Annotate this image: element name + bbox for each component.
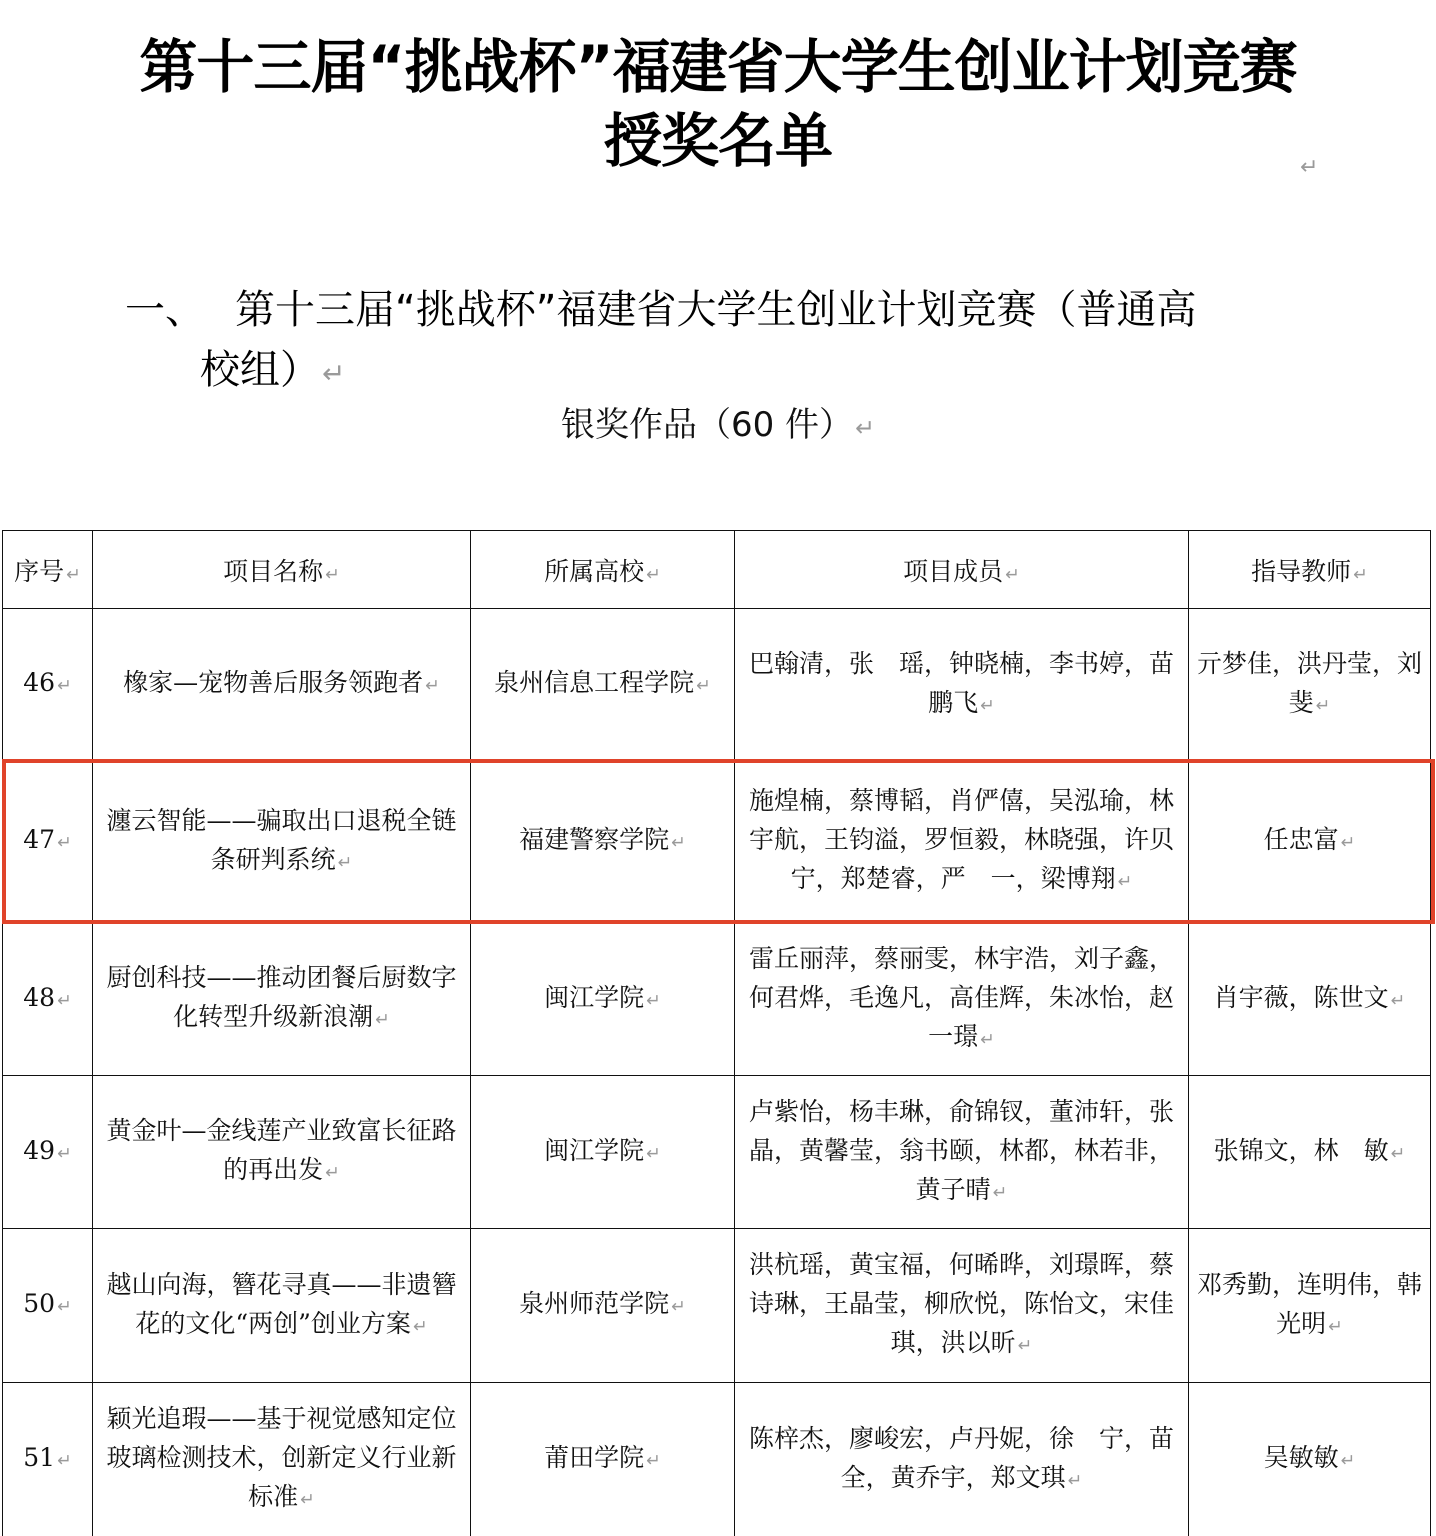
header-advisor: 指导教师↵ <box>1189 531 1431 609</box>
paragraph-mark-icon: ↵ <box>57 1144 72 1164</box>
cell-no: 46↵ <box>3 609 93 761</box>
paragraph-mark-icon: ↵ <box>1391 991 1406 1011</box>
cell-members: 雷丘丽萍，蔡丽雯，林宇浩，刘子鑫，何君烨，毛逸凡，高佳辉，朱冰怡，赵一璟↵ <box>735 923 1189 1076</box>
paragraph-mark-icon: ↵ <box>57 676 72 696</box>
paragraph-mark-icon: ↵ <box>1391 1144 1406 1164</box>
paragraph-mark-icon: ↵ <box>980 1030 995 1050</box>
cell-no: 47↵ <box>3 761 93 923</box>
paragraph-mark-icon: ↵ <box>993 1183 1008 1203</box>
paragraph-mark-icon: ↵ <box>980 696 995 716</box>
paragraph-mark-icon: ↵ <box>671 833 686 853</box>
cell-members: 陈梓杰，廖峻宏，卢丹妮，徐 宁，苗 全，黄乔宇，郑文琪↵ <box>735 1383 1189 1536</box>
cell-advisor: 任忠富↵ <box>1189 761 1431 923</box>
paragraph-mark-icon: ↵ <box>1353 565 1368 585</box>
paragraph-mark-icon: ↵ <box>413 1317 428 1337</box>
table-row: 48↵ 厨创科技——推动团餐后厨数字化转型升级新浪潮↵ 闽江学院↵ 雷丘丽萍，蔡… <box>3 923 1431 1076</box>
paragraph-mark-icon: ↵ <box>646 565 661 585</box>
cell-project-name: 黄金叶—金线莲产业致富长征路的再出发↵ <box>93 1076 471 1229</box>
cell-school: 福建警察学院↵ <box>471 761 735 923</box>
paragraph-mark-icon: ↵ <box>1118 872 1133 892</box>
paragraph-mark-icon: ↵ <box>57 991 72 1011</box>
section-heading-line-1: 第十三届“挑战杯”福建省大学生创业计划竞赛（普通高 <box>235 287 1196 333</box>
paragraph-mark-icon: ↵ <box>671 1297 686 1317</box>
section-number: 一、 <box>125 280 235 340</box>
paragraph-mark-icon: ↵ <box>57 833 72 853</box>
cell-school: 闽江学院↵ <box>471 1076 735 1229</box>
table-row-highlighted: 47↵ 瀍云智能——骗取出口退税全链条研判系统↵ 福建警察学院↵ 施煌楠，蔡博韬… <box>3 761 1431 923</box>
header-project-name: 项目名称↵ <box>93 531 471 609</box>
paragraph-mark-icon: ↵ <box>1316 696 1331 716</box>
paragraph-mark-icon: ↵ <box>646 991 661 1011</box>
cell-no: 51↵ <box>3 1383 93 1536</box>
cell-advisor: 肖宇薇，陈世文↵ <box>1189 923 1431 1076</box>
cell-advisor: 亓梦佳，洪丹莹，刘 斐↵ <box>1189 609 1431 761</box>
cell-no: 50↵ <box>3 1229 93 1383</box>
cell-no: 48↵ <box>3 923 93 1076</box>
paragraph-mark-icon: ↵ <box>1300 155 1318 180</box>
paragraph-mark-icon: ↵ <box>1328 1317 1343 1337</box>
cell-project-name: 瀍云智能——骗取出口退税全链条研判系统↵ <box>93 761 471 923</box>
paragraph-mark-icon: ↵ <box>325 565 340 585</box>
paragraph-mark-icon: ↵ <box>338 853 353 873</box>
table-row: 51↵ 颖光追瑕——基于视觉感知定位玻璃检测技术，创新定义行业新标准↵ 莆田学院… <box>3 1383 1431 1536</box>
paragraph-mark-icon: ↵ <box>646 1144 661 1164</box>
cell-members: 巴翰清，张 瑶，钟晓楠，李书婷，苗鹏飞↵ <box>735 609 1189 761</box>
cell-advisor: 张锦文，林 敏↵ <box>1189 1076 1431 1229</box>
cell-members: 施煌楠，蔡博韬，肖俨僖，吴泓瑜，林宇航，王钧溢，罗恒毅，林晓强，许贝宁，郑楚睿，… <box>735 761 1189 923</box>
paragraph-mark-icon: ↵ <box>1005 565 1020 585</box>
paragraph-mark-icon: ↵ <box>1341 1451 1356 1471</box>
cell-project-name: 颖光追瑕——基于视觉感知定位玻璃检测技术，创新定义行业新标准↵ <box>93 1383 471 1536</box>
paragraph-mark-icon: ↵ <box>325 1163 340 1183</box>
title-line-1: 第十三届“挑战杯”福建省大学生创业计划竞赛 <box>0 30 1436 104</box>
section-heading-line-2: 校组） <box>200 347 320 393</box>
cell-advisor: 邓秀勤，连明伟，韩光明↵ <box>1189 1229 1431 1383</box>
section-heading: 一、第十三届“挑战杯”福建省大学生创业计划竞赛（普通高 校组）↵ <box>125 280 1315 404</box>
cell-members: 洪杭瑶，黄宝福，何晞晔，刘璟晖，蔡诗琳，王晶莹，柳欣悦，陈怡文，宋佳琪，洪以昕↵ <box>735 1229 1189 1383</box>
paragraph-mark-icon: ↵ <box>425 676 440 696</box>
paragraph-mark-icon: ↵ <box>696 676 711 696</box>
paragraph-mark-icon: ↵ <box>300 1490 315 1510</box>
cell-project-name: 厨创科技——推动团餐后厨数字化转型升级新浪潮↵ <box>93 923 471 1076</box>
awards-table: 序号↵ 项目名称↵ 所属高校↵ 项目成员↵ 指导教师↵ 46↵ 橡家—宠物善后服… <box>2 530 1431 1536</box>
cell-advisor: 吴敏敏↵ <box>1189 1383 1431 1536</box>
paragraph-mark-icon: ↵ <box>66 565 81 585</box>
paragraph-mark-icon: ↵ <box>646 1451 661 1471</box>
paragraph-mark-icon: ↵ <box>57 1451 72 1471</box>
cell-school: 泉州信息工程学院↵ <box>471 609 735 761</box>
paragraph-mark-icon: ↵ <box>1068 1471 1083 1491</box>
document-title: 第十三届“挑战杯”福建省大学生创业计划竞赛 授奖名单 <box>0 30 1436 178</box>
table-row: 50↵ 越山向海，簪花寻真——非遗簪花的文化“两创”创业方案↵ 泉州师范学院↵ … <box>3 1229 1431 1383</box>
cell-no: 49↵ <box>3 1076 93 1229</box>
title-line-2: 授奖名单 <box>0 104 1436 178</box>
header-school: 所属高校↵ <box>471 531 735 609</box>
table-row: 49↵ 黄金叶—金线莲产业致富长征路的再出发↵ 闽江学院↵ 卢紫怡，杨丰琳，俞锦… <box>3 1076 1431 1229</box>
paragraph-mark-icon: ↵ <box>855 414 875 442</box>
paragraph-mark-icon: ↵ <box>1341 833 1356 853</box>
award-category-subtitle: 银奖作品（60 件）↵ <box>0 400 1436 453</box>
header-no: 序号↵ <box>3 531 93 609</box>
cell-school: 闽江学院↵ <box>471 923 735 1076</box>
cell-project-name: 越山向海，簪花寻真——非遗簪花的文化“两创”创业方案↵ <box>93 1229 471 1383</box>
subtitle-text: 银奖作品（60 件） <box>561 405 853 445</box>
paragraph-mark-icon: ↵ <box>375 1010 390 1030</box>
cell-members: 卢紫怡，杨丰琳，俞锦钗，董沛轩，张 晶，黄馨莹，翁书颐，林都，林若非，黄子晴↵ <box>735 1076 1189 1229</box>
cell-project-name: 橡家—宠物善后服务领跑者↵ <box>93 609 471 761</box>
paragraph-mark-icon: ↵ <box>1018 1336 1033 1356</box>
paragraph-mark-icon: ↵ <box>322 357 345 390</box>
table-row: 46↵ 橡家—宠物善后服务领跑者↵ 泉州信息工程学院↵ 巴翰清，张 瑶，钟晓楠，… <box>3 609 1431 761</box>
header-members: 项目成员↵ <box>735 531 1189 609</box>
table-header-row: 序号↵ 项目名称↵ 所属高校↵ 项目成员↵ 指导教师↵ <box>3 531 1431 609</box>
cell-school: 泉州师范学院↵ <box>471 1229 735 1383</box>
paragraph-mark-icon: ↵ <box>57 1297 72 1317</box>
cell-school: 莆田学院↵ <box>471 1383 735 1536</box>
